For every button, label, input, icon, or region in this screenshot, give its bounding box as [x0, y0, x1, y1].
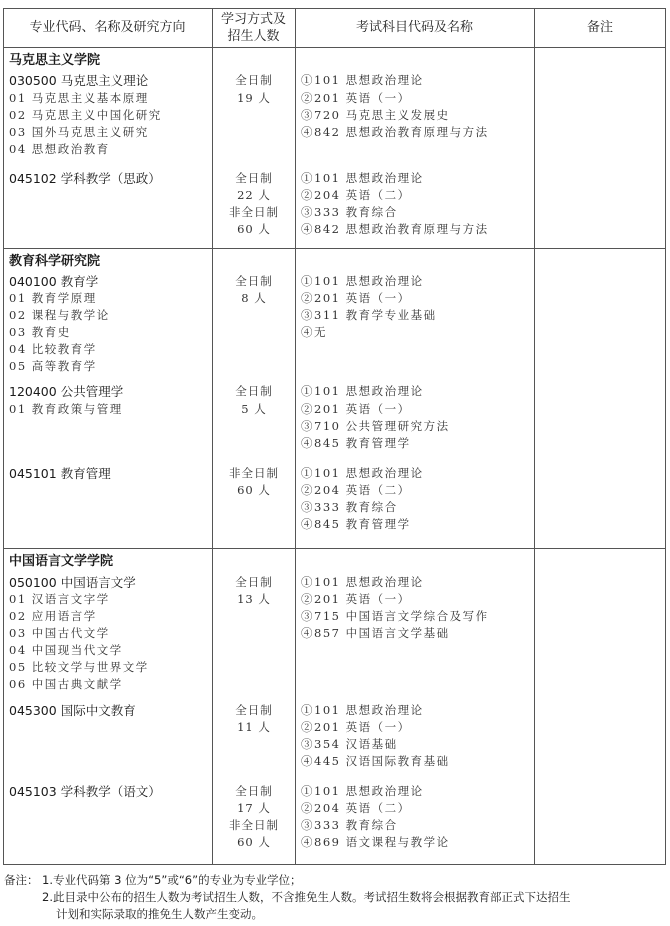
research-direction: 06 中国古典文献学: [9, 676, 123, 693]
enrollment-count: 17 人: [213, 800, 295, 817]
section-divider: [3, 248, 666, 249]
exam-subject: ①101 思想政治理论: [301, 72, 424, 89]
study-mode: 全日制: [213, 574, 295, 591]
enrollment-count: 60 人: [213, 834, 295, 851]
research-direction: 05 比较文学与世界文学: [9, 659, 149, 676]
major-title: 050100 中国语言文学: [9, 574, 136, 591]
research-direction: 02 应用语言学: [9, 608, 97, 625]
major-title: 045300 国际中文教育: [9, 702, 136, 719]
exam-subject: ③311 教育学专业基础: [301, 307, 437, 324]
exam-subject: ②204 英语（二）: [301, 800, 411, 817]
research-direction: 01 教育政策与管理: [9, 401, 123, 418]
study-mode: 全日制: [213, 273, 295, 290]
exam-subject: ④842 思想政治教育原理与方法: [301, 221, 489, 238]
research-direction: 01 汉语言文字学: [9, 591, 110, 608]
header-major: 专业代码、名称及研究方向: [3, 19, 212, 36]
enrollment-count: 11 人: [213, 719, 295, 736]
exam-subject: ①101 思想政治理论: [301, 465, 424, 482]
major-title: 045101 教育管理: [9, 465, 111, 482]
research-direction: 03 教育史: [9, 324, 71, 341]
exam-subject: ③715 中国语言文学综合及写作: [301, 608, 489, 625]
header-divider: [3, 47, 666, 48]
exam-subject: ②201 英语（一）: [301, 591, 411, 608]
note-item-2-cont: 计划和实际录取的推免生人数产生变动。: [56, 906, 263, 923]
major-title: 040100 教育学: [9, 273, 98, 290]
exam-subject: ②201 英语（一）: [301, 90, 411, 107]
major-title: 120400 公共管理学: [9, 383, 123, 400]
section-divider: [3, 548, 666, 549]
header-remarks: 备注: [534, 19, 666, 36]
exam-subject: ①101 思想政治理论: [301, 783, 424, 800]
exam-subject: ③333 教育综合: [301, 204, 398, 221]
note-item-2: 2.此目录中公布的招生人数为考试招生人数，不含推免生人数。考试招生数将会根据教育…: [42, 889, 570, 906]
exam-subject: ①101 思想政治理论: [301, 574, 424, 591]
exam-subject: ④845 教育管理学: [301, 516, 411, 533]
header-mode-line1: 学习方式及: [212, 11, 295, 28]
exam-subject: ①101 思想政治理论: [301, 383, 424, 400]
major-title: 030500 马克思主义理论: [9, 72, 148, 89]
exam-subject: ③333 教育综合: [301, 817, 398, 834]
research-direction: 03 中国古代文学: [9, 625, 110, 642]
exam-subject: ④无: [301, 324, 327, 341]
major-title: 045102 学科教学（思政）: [9, 170, 161, 187]
column-divider: [534, 8, 535, 865]
research-direction: 01 教育学原理: [9, 290, 97, 307]
enrollment-count: 5 人: [213, 401, 295, 418]
exam-subject: ④842 思想政治教育原理与方法: [301, 124, 489, 141]
exam-subject: ③333 教育综合: [301, 499, 398, 516]
research-direction: 05 高等教育学: [9, 358, 97, 375]
exam-subject: ④445 汉语国际教育基础: [301, 753, 450, 770]
header-mode-line2: 招生人数: [212, 28, 295, 45]
study-mode: 全日制: [213, 783, 295, 800]
exam-subject: ②201 英语（一）: [301, 290, 411, 307]
column-divider: [295, 8, 296, 865]
study-mode: 全日制: [213, 383, 295, 400]
enrollment-count: 8 人: [213, 290, 295, 307]
section-title: 中国语言文学学院: [9, 553, 113, 570]
enrollment-count: 19 人: [213, 90, 295, 107]
research-direction: 01 马克思主义基本原理: [9, 90, 149, 107]
notes-label: 备注：: [4, 872, 39, 889]
exam-subject: ④869 语文课程与教学论: [301, 834, 450, 851]
study-mode: 非全日制: [213, 817, 295, 834]
study-mode: 非全日制: [213, 465, 295, 482]
enrollment-count: 60 人: [213, 482, 295, 499]
note-item-1: 1.专业代码第 3 位为“5”或“6”的专业为专业学位；: [42, 872, 302, 889]
research-direction: 02 马克思主义中国化研究: [9, 107, 162, 124]
research-direction: 04 中国现当代文学: [9, 642, 123, 659]
exam-subject: ③710 公共管理研究方法: [301, 418, 450, 435]
exam-subject: ①101 思想政治理论: [301, 273, 424, 290]
exam-subject: ①101 思想政治理论: [301, 702, 424, 719]
exam-subject: ②204 英语（二）: [301, 482, 411, 499]
exam-subject: ③354 汉语基础: [301, 736, 398, 753]
study-mode: 非全日制: [213, 204, 295, 221]
section-title: 教育科学研究院: [9, 253, 100, 270]
exam-subject: ④845 教育管理学: [301, 435, 411, 452]
section-title: 马克思主义学院: [9, 52, 100, 69]
exam-subject: ①101 思想政治理论: [301, 170, 424, 187]
exam-subject: ②201 英语（一）: [301, 401, 411, 418]
study-mode: 全日制: [213, 72, 295, 89]
study-mode: 全日制: [213, 170, 295, 187]
exam-subject: ④857 中国语言文学基础: [301, 625, 450, 642]
research-direction: 04 思想政治教育: [9, 141, 110, 158]
exam-subject: ③720 马克思主义发展史: [301, 107, 450, 124]
research-direction: 03 国外马克思主义研究: [9, 124, 149, 141]
column-divider: [212, 8, 213, 865]
research-direction: 04 比较教育学: [9, 341, 97, 358]
header-exams: 考试科目代码及名称: [295, 19, 534, 36]
enrollment-count: 22 人: [213, 187, 295, 204]
research-direction: 02 课程与教学论: [9, 307, 110, 324]
enrollment-count: 13 人: [213, 591, 295, 608]
study-mode: 全日制: [213, 702, 295, 719]
exam-subject: ②204 英语（二）: [301, 187, 411, 204]
major-title: 045103 学科教学（语文）: [9, 783, 161, 800]
exam-subject: ②201 英语（一）: [301, 719, 411, 736]
enrollment-count: 60 人: [213, 221, 295, 238]
